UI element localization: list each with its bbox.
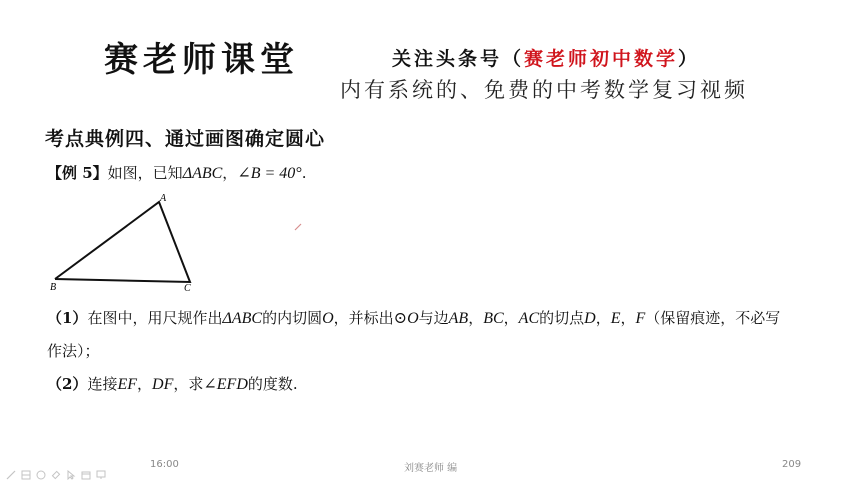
grid-icon[interactable] bbox=[21, 470, 31, 480]
question-1: （1）在图中，用尺规作出ΔABC的内切圆O，并标出⊙O与边AB，BC，AC的切点… bbox=[47, 307, 780, 328]
follow-suffix: ） bbox=[678, 48, 700, 70]
presentation-toolbar bbox=[6, 470, 106, 480]
cursor-icon[interactable] bbox=[66, 470, 76, 480]
triangle-symbol: ΔABC bbox=[183, 165, 223, 182]
q1-d: D bbox=[584, 310, 596, 327]
q1-circle-o: ⊙O bbox=[394, 310, 419, 327]
footer-time: 16:00 bbox=[150, 459, 179, 470]
q1-sep: ， bbox=[468, 309, 483, 327]
q1-text: 在图中，用尺规作出 bbox=[87, 309, 222, 327]
q1-sep: ， bbox=[596, 309, 611, 327]
window-icon[interactable] bbox=[81, 470, 91, 480]
q1-text: 的内切圆 bbox=[262, 309, 322, 327]
q2-angle: ∠EFD bbox=[203, 376, 248, 393]
question-2-number: （2） bbox=[47, 375, 87, 393]
q2-df: DF bbox=[152, 376, 173, 393]
q1-sep: ， bbox=[621, 309, 636, 327]
vertex-label-c: C bbox=[184, 283, 191, 292]
q1-f: F bbox=[636, 310, 646, 327]
q1-triangle: ΔABC bbox=[222, 310, 262, 327]
follow-account-line: 关注头条号（赛老师初中数学） bbox=[392, 44, 700, 71]
q2-text: ，求 bbox=[173, 375, 203, 393]
q2-ef: EF bbox=[117, 376, 137, 393]
brand-title: 赛老师课堂 bbox=[104, 32, 299, 81]
angle-given: ∠B = 40° bbox=[237, 165, 301, 182]
question-2: （2）连接EF，DF，求∠EFD的度数. bbox=[47, 373, 298, 394]
q2-text: 的度数. bbox=[248, 375, 298, 393]
pen-cursor-icon bbox=[293, 222, 303, 232]
pointer-settings-icon[interactable] bbox=[36, 470, 46, 480]
section-title: 考点典例四、通过画图确定圆心 bbox=[45, 124, 325, 151]
q1-text: 与边 bbox=[419, 309, 449, 327]
vertex-label-b: B bbox=[50, 282, 56, 292]
follow-prefix: 关注头条号（ bbox=[392, 48, 524, 70]
q1-text: 的切点 bbox=[539, 309, 584, 327]
period: . bbox=[302, 164, 307, 182]
example-statement: 【例 5】如图，已知ΔABC，∠B = 40°. bbox=[47, 162, 306, 183]
question-1-number: （1） bbox=[47, 309, 87, 327]
eraser-icon[interactable] bbox=[51, 470, 61, 480]
q1-ab: AB bbox=[449, 310, 469, 327]
question-1-continued: 作法）； bbox=[47, 340, 100, 361]
q1-ac: AC bbox=[519, 310, 539, 327]
vertex-label-a: A bbox=[159, 193, 167, 204]
pen-icon[interactable] bbox=[6, 470, 16, 480]
example-text: 如图，已知 bbox=[108, 164, 183, 182]
q1-text: （保留痕迹，不必写 bbox=[645, 309, 780, 327]
subtitle: 内有系统的、免费的中考数学复习视频 bbox=[340, 74, 748, 104]
triangle-figure: A B C bbox=[48, 192, 198, 292]
screen-icon[interactable] bbox=[96, 470, 106, 480]
q2-sep: ， bbox=[137, 375, 152, 393]
q1-text: ，并标出 bbox=[334, 309, 394, 327]
footer-author: 刘赛老师 编 bbox=[404, 459, 457, 474]
q1-sep: ， bbox=[504, 309, 519, 327]
q2-text: 连接 bbox=[87, 375, 117, 393]
follow-account-name: 赛老师初中数学 bbox=[524, 48, 678, 70]
footer-page-number: 209 bbox=[782, 459, 801, 470]
example-tag: 【例 5】 bbox=[47, 164, 108, 182]
q1-e: E bbox=[611, 310, 621, 327]
separator: ， bbox=[222, 164, 237, 182]
q1-bc: BC bbox=[483, 310, 503, 327]
q1-o: O bbox=[322, 310, 334, 327]
